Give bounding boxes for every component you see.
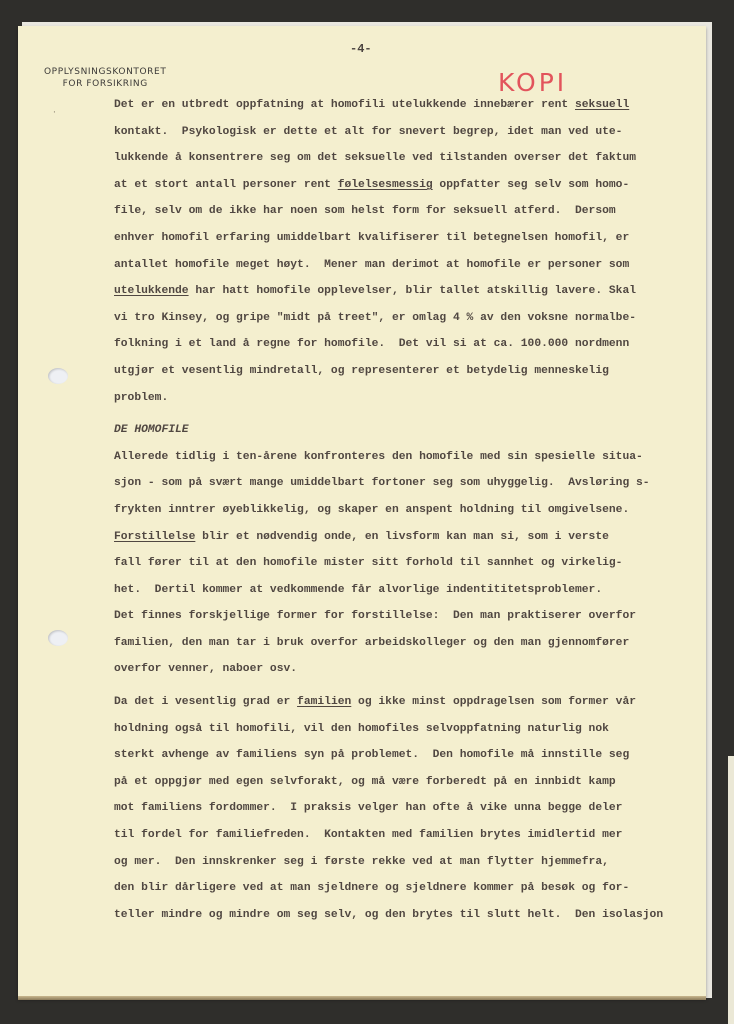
margin-mark: ·: [52, 108, 57, 117]
text-line: den blir dårligere ved at man sjeldnere …: [114, 880, 704, 907]
text-span: på et oppgjør med egen selvforakt, og må…: [114, 776, 616, 788]
text-span: overfor venner, naboer osv.: [114, 663, 297, 675]
underlined-word: familien: [297, 696, 351, 708]
text-span: familien, den man tar i bruk overfor arb…: [114, 637, 629, 649]
text-span: holdning også til homofili, vil den homo…: [114, 723, 609, 735]
text-line: sjon - som på svært mange umiddelbart fo…: [114, 475, 704, 502]
text-line: på et oppgjør med egen selvforakt, og må…: [114, 774, 704, 801]
text-span: frykten inntrer øyeblikkelig, og skaper …: [114, 504, 629, 516]
text-span: lukkende å konsentrere seg om det seksue…: [114, 152, 636, 164]
text-span: og ikke minst oppdragelsen som former vå…: [351, 696, 636, 708]
text-line: teller mindre og mindre om seg selv, og …: [114, 907, 704, 934]
text-span: kontakt. Psykologisk er dette et alt for…: [114, 126, 622, 138]
copy-stamp: KOPI: [498, 68, 567, 97]
text-line: Da det i vesentlig grad er familien og i…: [114, 694, 704, 721]
letterhead-line-2: FOR FORSIKRING: [44, 78, 166, 90]
page-bottom-edge: [18, 996, 706, 1000]
punch-hole-icon: [48, 368, 68, 384]
underlined-word: utelukkende: [114, 285, 189, 297]
text-span: utgjør et vesentlig mindretall, og repre…: [114, 365, 609, 377]
text-line: Det er en utbredt oppfatning at homofili…: [114, 97, 704, 124]
letterhead-line-1: OPPLYSNINGSKONTORET: [44, 66, 166, 78]
text-span: file, selv om de ikke har noen som helst…: [114, 205, 616, 217]
document-body: Det er en utbredt oppfatning at homofili…: [114, 97, 704, 933]
text-span: sterkt avhenge av familiens syn på probl…: [114, 749, 629, 761]
text-line: vi tro Kinsey, og gripe "midt på treet",…: [114, 310, 704, 337]
back-sheet-edge: [728, 756, 734, 1024]
punch-hole-icon: [48, 630, 68, 646]
text-line: folkning i et land å regne for homofile.…: [114, 336, 704, 363]
text-span: Det er en utbredt oppfatning at homofili…: [114, 99, 575, 111]
text-span: problem.: [114, 392, 168, 404]
text-line: lukkende å konsentrere seg om det seksue…: [114, 150, 704, 177]
paragraph: Det er en utbredt oppfatning at homofili…: [114, 97, 704, 416]
text-span: den blir dårligere ved at man sjeldnere …: [114, 882, 629, 894]
text-span: het. Dertil kommer at vedkommende får al…: [114, 584, 602, 596]
text-span: folkning i et land å regne for homofile.…: [114, 338, 629, 350]
paragraph: Da det i vesentlig grad er familien og i…: [114, 694, 704, 933]
text-span: antallet homofile meget høyt. Mener man …: [114, 259, 629, 271]
underlined-word: Forstillelse: [114, 531, 195, 543]
text-span: enhver homofil erfaring umiddelbart kval…: [114, 232, 629, 244]
text-line: file, selv om de ikke har noen som helst…: [114, 203, 704, 230]
text-span: mot familiens fordommer. I praksis velge…: [114, 802, 622, 814]
text-line: problem.: [114, 390, 704, 417]
text-line: utgjør et vesentlig mindretall, og repre…: [114, 363, 704, 390]
text-line: utelukkende har hatt homofile opplevelse…: [114, 283, 704, 310]
text-span: Det finnes forskjellige former for forst…: [114, 610, 636, 622]
text-span: sjon - som på svært mange umiddelbart fo…: [114, 477, 650, 489]
text-line: fall fører til at den homofile mister si…: [114, 555, 704, 582]
text-line: overfor venner, naboer osv.: [114, 661, 704, 688]
text-line: frykten inntrer øyeblikkelig, og skaper …: [114, 502, 704, 529]
page-number: -4-: [350, 42, 372, 56]
text-span: og mer. Den innskrenker seg i første rek…: [114, 856, 609, 868]
text-line: mot familiens fordommer. I praksis velge…: [114, 800, 704, 827]
text-line: til fordel for familiefreden. Kontakten …: [114, 827, 704, 854]
text-line: holdning også til homofili, vil den homo…: [114, 721, 704, 748]
text-line: Allerede tidlig i ten-årene konfronteres…: [114, 449, 704, 476]
text-line: DE HOMOFILE: [114, 422, 704, 449]
text-line: antallet homofile meget høyt. Mener man …: [114, 257, 704, 284]
text-span: oppfatter seg selv som homo-: [433, 179, 630, 191]
text-line: sterkt avhenge av familiens syn på probl…: [114, 747, 704, 774]
text-span: at et stort antall personer rent: [114, 179, 338, 191]
paragraph: Allerede tidlig i ten-årene konfronteres…: [114, 449, 704, 688]
text-line: at et stort antall personer rent følelse…: [114, 177, 704, 204]
text-span: blir et nødvendig onde, en livsform kan …: [195, 531, 609, 543]
text-span: DE HOMOFILE: [114, 424, 189, 436]
text-span: til fordel for familiefreden. Kontakten …: [114, 829, 622, 841]
text-span: har hatt homofile opplevelser, blir tall…: [189, 285, 636, 297]
letterhead: OPPLYSNINGSKONTORET FOR FORSIKRING: [44, 66, 166, 90]
text-span: fall fører til at den homofile mister si…: [114, 557, 622, 569]
text-span: Da det i vesentlig grad er: [114, 696, 297, 708]
text-line: familien, den man tar i bruk overfor arb…: [114, 635, 704, 662]
text-span: Allerede tidlig i ten-årene konfronteres…: [114, 451, 643, 463]
text-line: Forstillelse blir et nødvendig onde, en …: [114, 529, 704, 556]
underlined-word: følelsesmessig: [338, 179, 433, 191]
underlined-word: seksuell: [575, 99, 629, 111]
text-line: og mer. Den innskrenker seg i første rek…: [114, 854, 704, 881]
text-line: kontakt. Psykologisk er dette et alt for…: [114, 124, 704, 151]
text-span: teller mindre og mindre om seg selv, og …: [114, 909, 663, 921]
section-heading: DE HOMOFILE: [114, 422, 704, 449]
text-line: Det finnes forskjellige former for forst…: [114, 608, 704, 635]
text-line: enhver homofil erfaring umiddelbart kval…: [114, 230, 704, 257]
text-span: vi tro Kinsey, og gripe "midt på treet",…: [114, 312, 636, 324]
text-line: het. Dertil kommer at vedkommende får al…: [114, 582, 704, 609]
